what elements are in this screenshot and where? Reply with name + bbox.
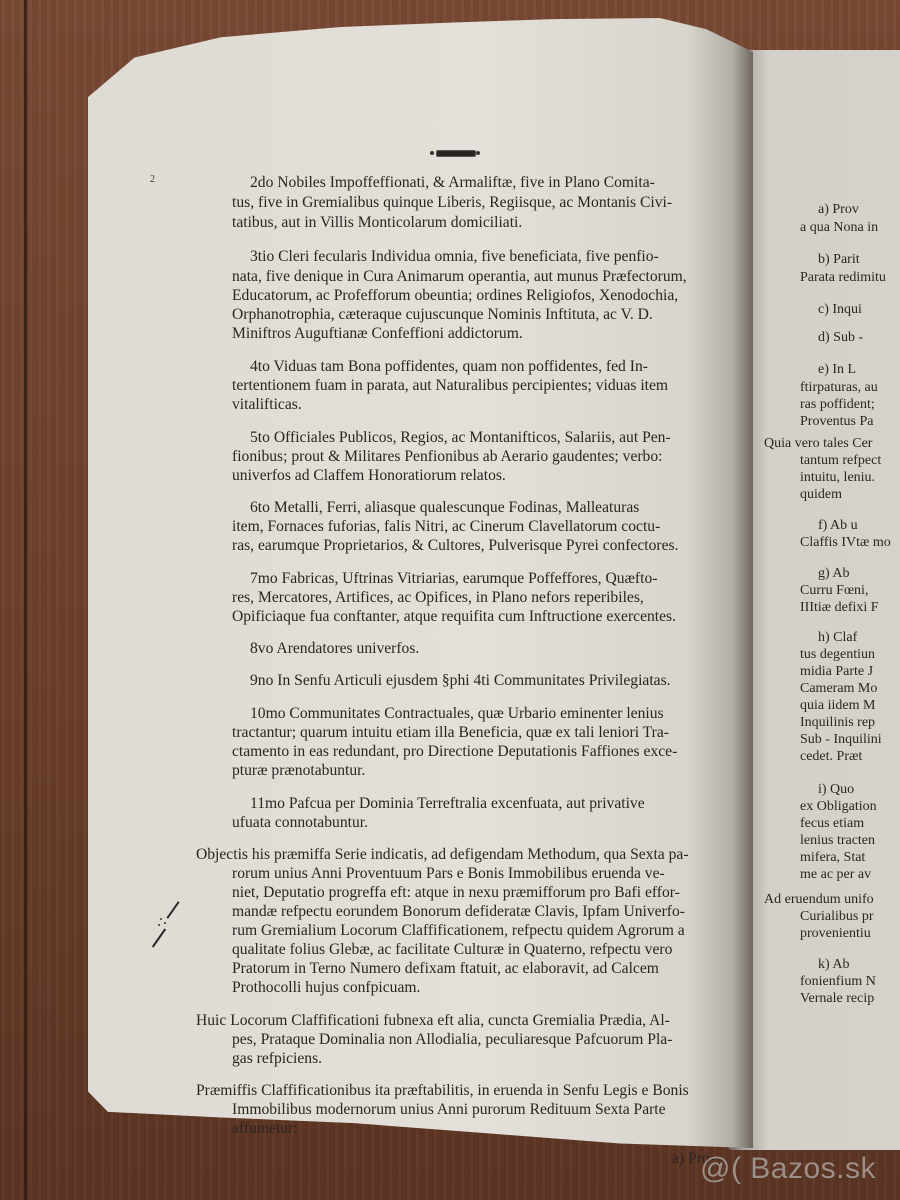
- text-line: Præmiffis Claffificationibus ita præftab…: [196, 1082, 689, 1100]
- text-line: 10mo Communitates Contractuales, quæ Urb…: [250, 705, 664, 723]
- text-line: 4to Viduas tam Bona poffidentes, quam no…: [250, 358, 648, 376]
- text-line: 2do Nobiles Impoffeffionati, & Armaliftæ…: [250, 174, 655, 192]
- text-line: qualitate folius Glebæ, ac facilitate Cu…: [232, 941, 672, 959]
- text-line: tertentionem fuam in parata, aut Natural…: [232, 377, 668, 395]
- text-line: 3tio Cleri fecularis Individua omnia, fi…: [250, 248, 659, 266]
- text-line: affumetur:: [232, 1120, 298, 1138]
- text-line: 9no In Senfu Articuli ejusdem §phi 4ti C…: [250, 672, 671, 690]
- text-line: pturæ prænotabuntur.: [232, 762, 365, 780]
- text-line: Educatorum, ac Profefforum obeuntia; ord…: [232, 287, 678, 305]
- text-line: vitalifticas.: [232, 396, 302, 414]
- margin-pencil-mark-icon: [150, 900, 190, 950]
- text-line: ras, earumque Proprietarios, & Cultores,…: [232, 537, 678, 555]
- text-line: ufuata connotabuntur.: [232, 814, 368, 832]
- text-line: Orphanotrophia, cæteraque cujuscunque No…: [232, 306, 653, 324]
- text-line: fionibus; prout & Militares Penfionibus …: [232, 448, 662, 466]
- text-line: Huic Locorum Claffificationi fubnexa eft…: [196, 1012, 670, 1030]
- text-line: tatibus, aut in Villis Monticolarum domi…: [232, 214, 522, 232]
- text-line: Prothocolli hujus confpicuam.: [232, 979, 420, 997]
- text-line: 7mo Fabricas, Uftrinas Vitriarias, earum…: [250, 570, 657, 588]
- text-line: mandæ refpectu eorundem Bonorum defidera…: [232, 903, 685, 921]
- text-line: Pratorum in Terno Numero defixam ftatuit…: [232, 960, 659, 978]
- text-line: 6to Metalli, Ferri, aliasque qualescunqu…: [250, 499, 639, 517]
- text-line: res, Mercatores, Artifices, ac Opifices,…: [232, 589, 644, 607]
- text-line: Immobilibus modernorum unius Anni puroru…: [232, 1101, 666, 1119]
- text-line: tractantur; quarum intuitu etiam illa Be…: [232, 724, 669, 742]
- left-page-text: 2do Nobiles Impoffeffionati, & Armaliftæ…: [0, 0, 900, 1200]
- text-line: nata, five denique in Cura Animarum oper…: [232, 268, 687, 286]
- text-line: Opificiaque fua conftanter, atque requif…: [232, 608, 676, 626]
- text-line: rum Gremialium Locorum Claffificationem,…: [232, 922, 685, 940]
- text-line: item, Fornaces fuforias, falis Nitri, ac…: [232, 518, 660, 536]
- text-line: niet, Deputatio progreffa eft: atque in …: [232, 884, 680, 902]
- text-line: 5to Officiales Publicos, Regios, ac Mont…: [250, 429, 671, 447]
- watermark: @( Bazos.sk: [700, 1152, 876, 1186]
- text-line: 11mo Pafcua per Dominia Terreftralia exc…: [250, 795, 645, 813]
- text-line: univerfos ad Claffem Honoratiorum relato…: [232, 467, 506, 485]
- text-line: tus, five in Gremialibus quinque Liberis…: [232, 194, 672, 212]
- text-line: ctamento in eas redundant, pro Direction…: [232, 743, 677, 761]
- text-line: Objectis his præmiffa Serie indicatis, a…: [196, 846, 689, 864]
- text-line: pes, Prataque Dominalia non Allodialia, …: [232, 1031, 672, 1049]
- text-line: gas refpiciens.: [232, 1050, 322, 1068]
- text-line: 8vo Arendatores univerfos.: [250, 640, 419, 658]
- text-line: rorum unius Anni Proventuum Pars e Bonis…: [232, 865, 665, 883]
- text-line: Miniftros Auguftianæ Confeffioni addicto…: [232, 325, 523, 343]
